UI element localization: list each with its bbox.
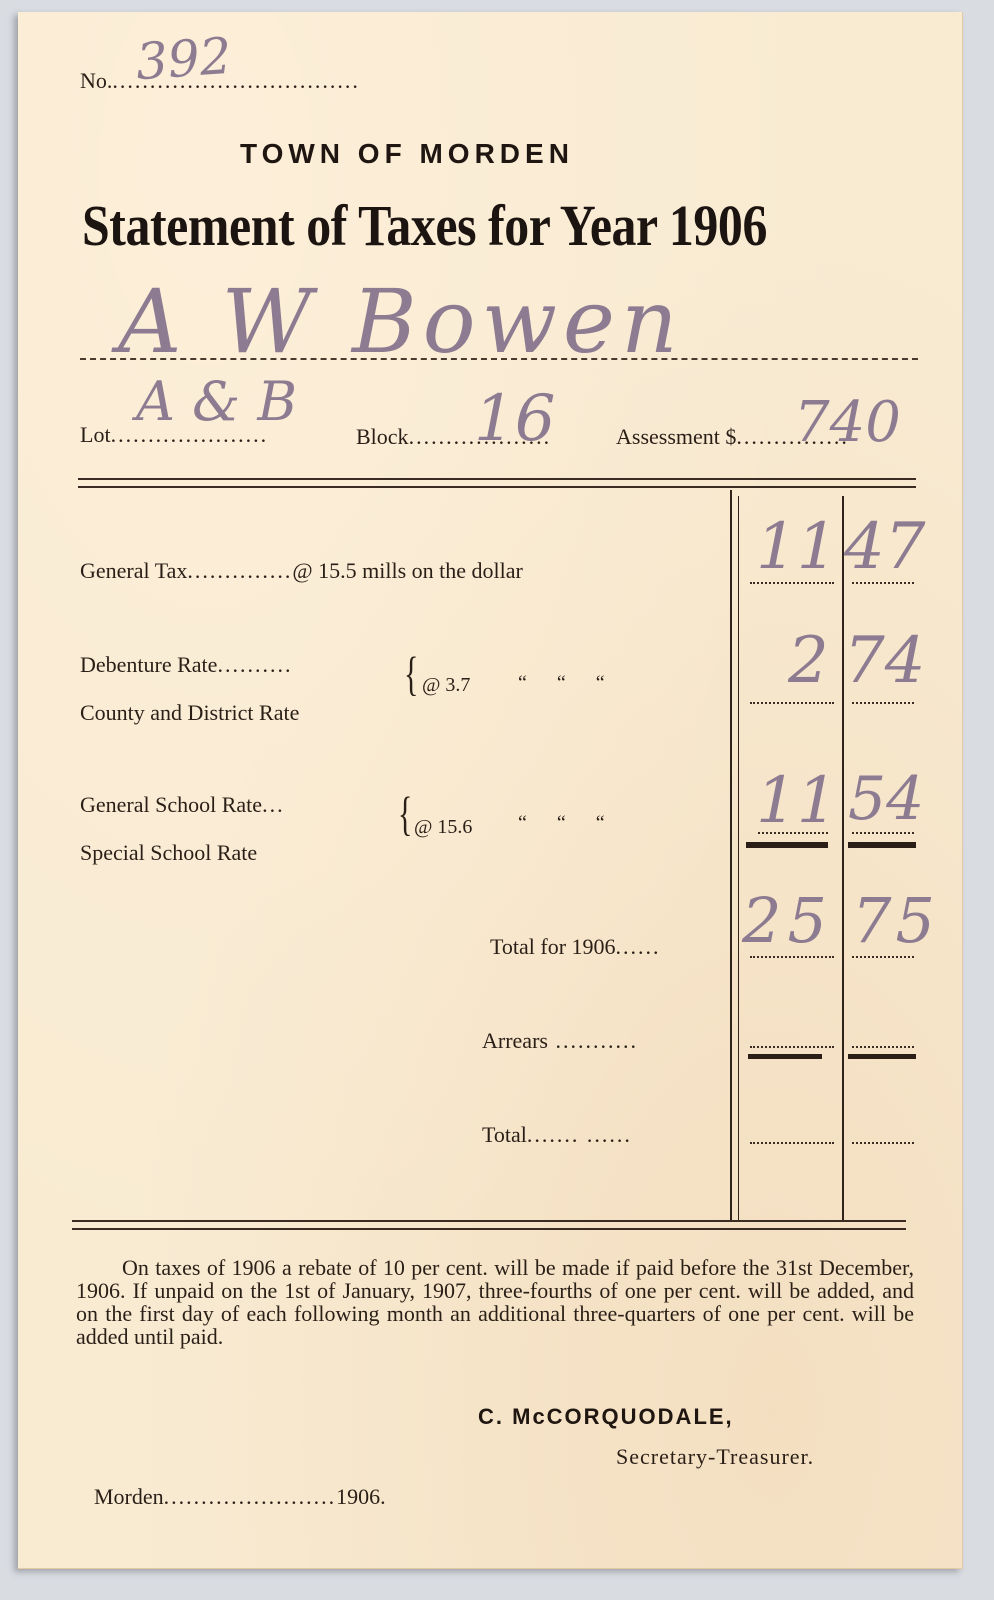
arrears-rule xyxy=(848,1054,916,1059)
ditto-marks: “ “ “ xyxy=(518,812,605,835)
brace-icon: { xyxy=(404,648,418,702)
grand-total-label: Total....... ...... xyxy=(482,1122,632,1148)
column-rule-inner xyxy=(738,496,739,1220)
general-school-rate-label: General School Rate... xyxy=(80,792,285,818)
total-year-dollars: 25 xyxy=(742,884,833,957)
debenture-rate: @ 3.7 xyxy=(422,674,470,697)
assessment-value: 740 xyxy=(794,390,901,455)
school-cents: 54 xyxy=(848,764,924,834)
special-school-rate-label: Special School Rate xyxy=(80,840,257,866)
rebate-notice: On taxes of 1906 a rebate of 10 per cent… xyxy=(76,1256,914,1348)
general-tax-label: General Tax..............@ 15.5 mills on… xyxy=(80,558,523,584)
total-dollars-field xyxy=(750,1142,834,1144)
dollars-fill xyxy=(750,702,834,704)
signature-title: Secretary-Treasurer. xyxy=(616,1444,814,1470)
statement-number: 392 xyxy=(134,27,233,92)
total-cents-field xyxy=(852,1142,914,1144)
total-year-cents: 75 xyxy=(852,884,939,957)
brace-icon: { xyxy=(398,788,412,842)
tax-statement-card: No.................................. 392… xyxy=(18,12,963,1569)
cents-fill xyxy=(852,702,914,704)
total-for-year-label: Total for 1906...... xyxy=(490,934,661,960)
debenture-cents: 74 xyxy=(844,624,925,698)
bottom-rule xyxy=(72,1220,906,1222)
county-district-rate-label: County and District Rate xyxy=(80,700,299,726)
bottom-rule-2 xyxy=(72,1228,906,1230)
debenture-rate-label: Debenture Rate.......... xyxy=(80,652,292,678)
top-rule-2 xyxy=(78,486,916,488)
taxpayer-name: A W Bowen xyxy=(118,270,684,373)
arrears-dollars-field xyxy=(750,1046,834,1048)
subtotal-rule xyxy=(848,842,916,848)
ditto-marks: “ “ “ xyxy=(518,672,605,695)
footer-place-date: Morden.......................1906. xyxy=(94,1484,386,1510)
arrears-cents-field xyxy=(852,1046,914,1048)
town-heading: TOWN OF MORDEN xyxy=(240,138,574,170)
top-rule xyxy=(78,478,916,480)
arrears-label: Arrears ........... xyxy=(482,1028,638,1054)
block-value: 16 xyxy=(474,382,555,456)
column-rule-outer xyxy=(730,490,732,1220)
general-tax-dollars: 11 xyxy=(756,510,837,584)
signature-name: C. McCORQUODALE, xyxy=(478,1404,734,1430)
lot-value: A & B xyxy=(136,370,297,433)
page-title: Statement of Taxes for Year 1906 xyxy=(82,192,767,259)
general-tax-cents: 47 xyxy=(844,510,925,584)
school-rate: @ 15.6 xyxy=(414,816,472,839)
school-dollars: 11 xyxy=(756,764,837,838)
cents-column-rule xyxy=(842,496,844,1220)
debenture-dollars: 2 xyxy=(788,624,829,698)
arrears-rule xyxy=(748,1054,822,1059)
subtotal-rule xyxy=(746,842,828,848)
